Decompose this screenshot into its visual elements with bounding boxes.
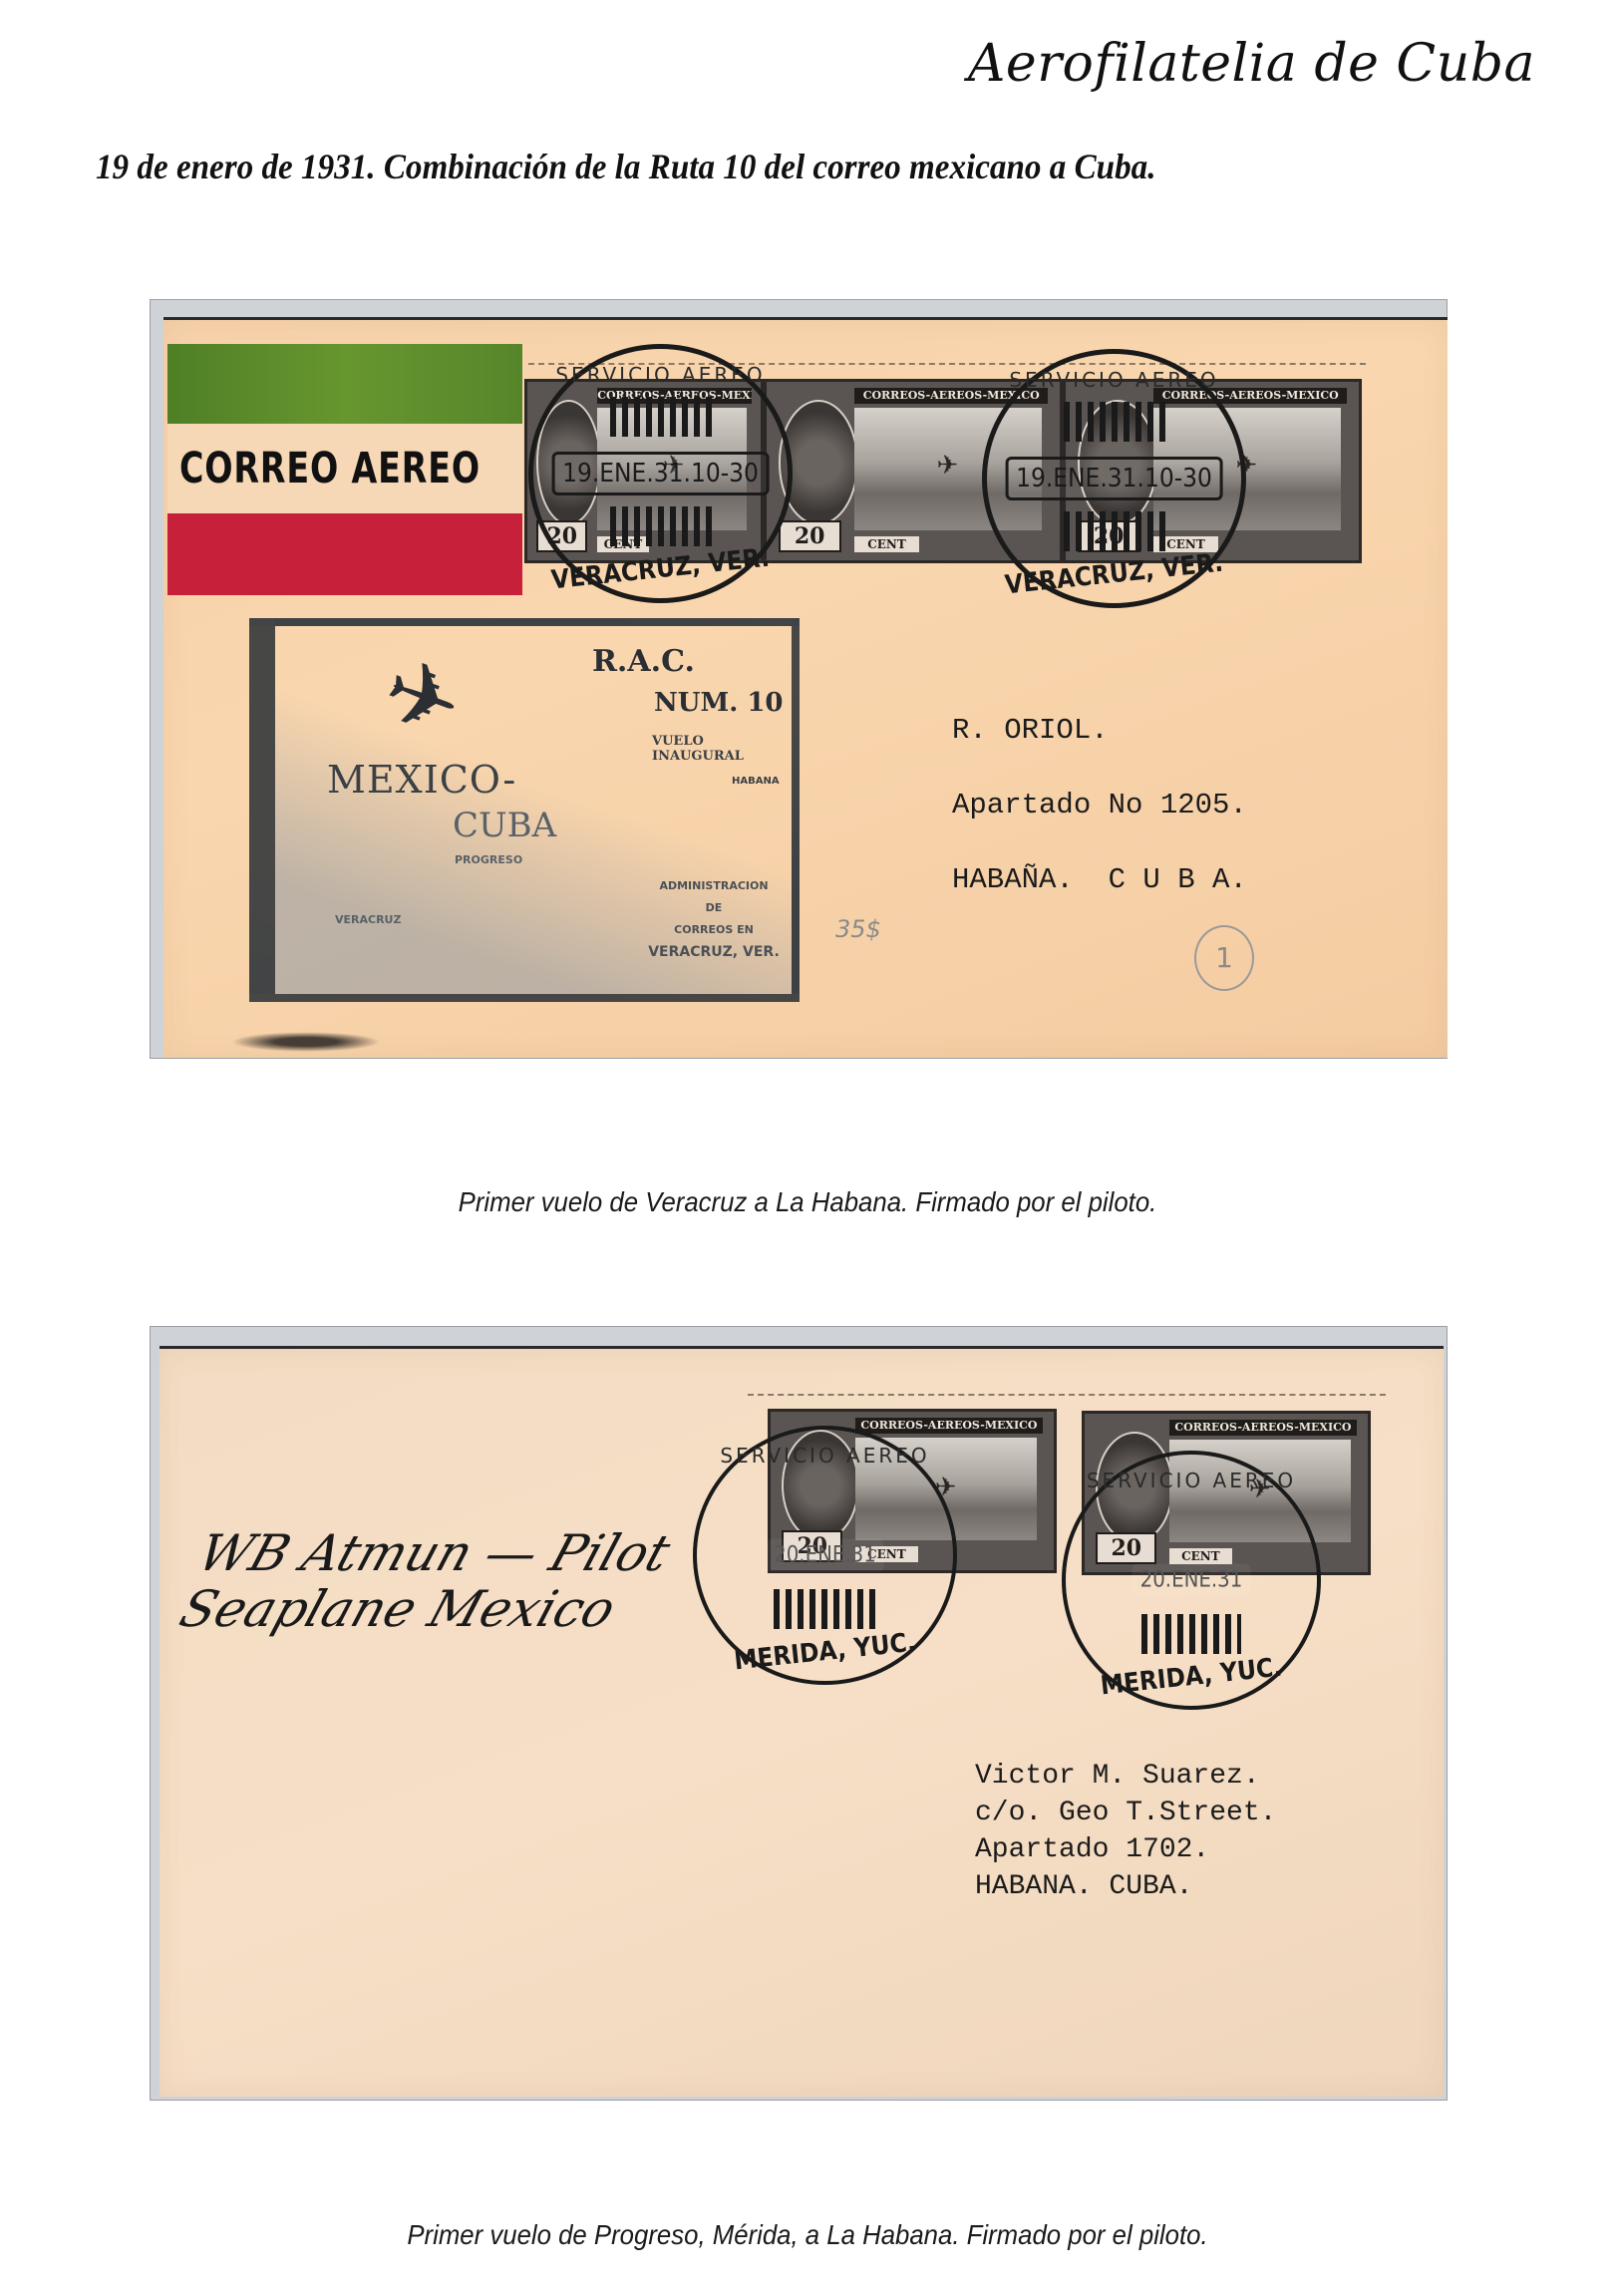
- cachet-rac: R.A.C.: [592, 644, 695, 679]
- stamp-value: 20: [779, 520, 841, 552]
- flag-green-band: [167, 344, 522, 424]
- rac-flight-cachet: ✈ R.A.C. NUM. 10 VUELO INAUGURAL MEXICO-…: [249, 618, 800, 1002]
- address-line: HABAÑA. C U B A.: [952, 842, 1247, 917]
- cover-2-address: Victor M. Suarez.c/o. Geo T.Street.Apart…: [975, 1758, 1276, 1905]
- address-line: c/o. Geo T.Street.: [975, 1795, 1276, 1831]
- cancel-bars: [1141, 1614, 1242, 1654]
- album-page-title: Aerofilatelia de Cuba: [968, 34, 1535, 94]
- postmark-date: 20.ENE.31: [766, 1539, 884, 1572]
- cachet-admin-line: ADMINISTRACION: [634, 875, 794, 897]
- stamp-header: CORREOS-AEREOS-MEXICO: [1169, 1420, 1356, 1436]
- cover-2-postmark-2: SERVICIO AEREO 20.ENE.31 MERIDA, YUC.: [1062, 1451, 1321, 1710]
- stamp-unit: CENT: [854, 536, 919, 552]
- cachet-veracruz: VERACRUZ: [335, 913, 401, 926]
- cachet-cuba: CUBA: [453, 806, 556, 845]
- pencil-circled-number: 1: [1194, 925, 1254, 991]
- biplane-icon: ✈: [369, 636, 476, 760]
- address-line: Victor M. Suarez.: [975, 1758, 1276, 1795]
- postmark-top-text: SERVICIO AEREO: [987, 368, 1241, 392]
- cachet-administration: ADMINISTRACION DE CORREOS EN VERACRUZ, V…: [634, 875, 794, 963]
- flag-red-band: [167, 513, 522, 595]
- address-line: R. ORIOL.: [952, 693, 1247, 768]
- cachet-mexico: MEXICO-: [327, 758, 516, 802]
- address-line: Apartado No 1205.: [952, 768, 1247, 842]
- cancel-bars: [610, 506, 712, 546]
- postmark-date: 19.ENE.31.10-30: [1005, 457, 1223, 500]
- postmark-top-text: SERVICIO AEREO: [1066, 1469, 1317, 1492]
- cachet-habana: HABANA: [732, 776, 780, 787]
- postmark-date: 20.ENE.31: [1132, 1564, 1251, 1597]
- cover-2-postmark-1: SERVICIO AEREO 20.ENE.31 MERIDA, YUC.: [693, 1426, 957, 1685]
- address-line: Apartado 1702.: [975, 1831, 1276, 1868]
- cover-1-postmark-2: SERVICIO AEREO 19.ENE.31.10-30 VERACRUZ,…: [982, 349, 1246, 608]
- correo-aereo-label: CORREO AEREO: [167, 344, 522, 595]
- cachet-admin-line: DE: [634, 897, 794, 919]
- postmark-date: 19.ENE.31.10-30: [551, 452, 770, 495]
- cover-1-address: R. ORIOL.Apartado No 1205.HABAÑA. C U B …: [952, 693, 1247, 917]
- cachet-admin-city: VERACRUZ, VER.: [634, 941, 794, 963]
- cancel-bars: [610, 397, 712, 437]
- cover-1-caption: Primer vuelo de Veracruz a La Habana. Fi…: [65, 1186, 1550, 1218]
- pilot-signature: WB Atmun — PilotSeaplane Mexico: [173, 1525, 677, 1637]
- postmark-top-text: SERVICIO AEREO: [697, 1444, 953, 1468]
- postmark-top-text: SERVICIO AEREO: [533, 363, 788, 387]
- pencil-price-note: 35$: [835, 915, 881, 943]
- address-line: HABANA. CUBA.: [975, 1868, 1276, 1905]
- page-subtitle: 19 de enero de 1931. Combinación de la R…: [96, 146, 1156, 187]
- cachet-route-number: NUM. 10: [654, 688, 784, 718]
- stamp-header: CORREOS-AEREOS-MEXICO: [855, 1418, 1042, 1434]
- cancel-bars: [1064, 402, 1165, 442]
- cover-2-caption: Primer vuelo de Progreso, Mérida, a La H…: [65, 2219, 1550, 2251]
- ink-smudge: [231, 1032, 381, 1052]
- cancel-bars: [1064, 511, 1165, 551]
- signature-line: Seaplane Mexico: [173, 1581, 659, 1637]
- signature-line: WB Atmun — Pilot: [191, 1525, 677, 1581]
- flag-white-band: CORREO AEREO: [167, 424, 522, 513]
- cover-1-postmark-1: SERVICIO AEREO 19.ENE.31.10-30 VERACRUZ,…: [528, 344, 793, 603]
- cachet-inaugural: VUELO INAUGURAL: [652, 734, 792, 764]
- airplane-icon: ✈: [937, 450, 959, 481]
- correo-aereo-text: CORREO AEREO: [179, 444, 481, 493]
- cachet-admin-line: CORREOS EN: [634, 919, 794, 941]
- cancel-bars: [774, 1589, 876, 1629]
- cachet-progreso: PROGRESO: [455, 853, 522, 866]
